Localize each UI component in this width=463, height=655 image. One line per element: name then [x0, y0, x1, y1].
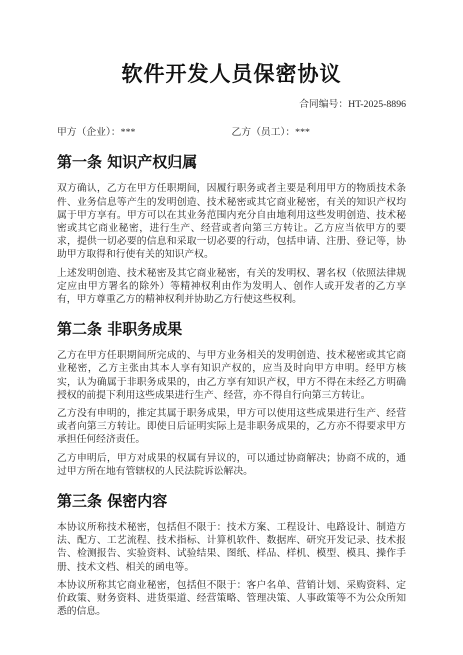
- paragraph: 本协议所称技术秘密，包括但不限于：技术方案、工程设计、电路设计、制造方法、配方、…: [57, 521, 406, 574]
- section-heading-2: 第二条 非职务成果: [57, 319, 406, 339]
- party-row: 甲方（企业）：*** 乙方（员工）：***: [57, 126, 406, 139]
- paragraph: 双方确认，乙方在甲方任职期间，因履行职务或者主要是利用甲方的物质技术条件、业务信…: [57, 182, 406, 261]
- party-b-line: 乙方（员工）：***: [232, 126, 407, 139]
- section-heading-3: 第三条 保密内容: [57, 491, 406, 511]
- paragraph: 乙方申明后，甲方对成果的权属有异议的，可以通过协商解决；协商不成的，通过甲方所在…: [57, 452, 406, 478]
- contract-number: 合同编号：HT-2025-8896: [57, 98, 406, 111]
- paragraph: 本协议所称其它商业秘密，包括但不限于：客户名单、营销计划、采购资料、定价政策、财…: [57, 579, 406, 619]
- document-page: 软件开发人员保密协议 合同编号：HT-2025-8896 甲方（企业）：*** …: [0, 0, 463, 655]
- paragraph: 乙方在甲方任职期间所完成的、与甲方业务相关的发明创造、技术秘密或其它商业秘密，乙…: [57, 349, 406, 402]
- page-title: 软件开发人员保密协议: [57, 60, 406, 88]
- party-a-line: 甲方（企业）：***: [57, 126, 232, 139]
- section-heading-1: 第一条 知识产权归属: [57, 152, 406, 172]
- paragraph: 上述发明创造、技术秘密及其它商业秘密，有关的发明权、署名权（依照法律规定应由甲方…: [57, 267, 406, 307]
- paragraph: 乙方没有申明的，推定其属于职务成果，甲方可以使用这些成果进行生产、经营或者向第三…: [57, 407, 406, 447]
